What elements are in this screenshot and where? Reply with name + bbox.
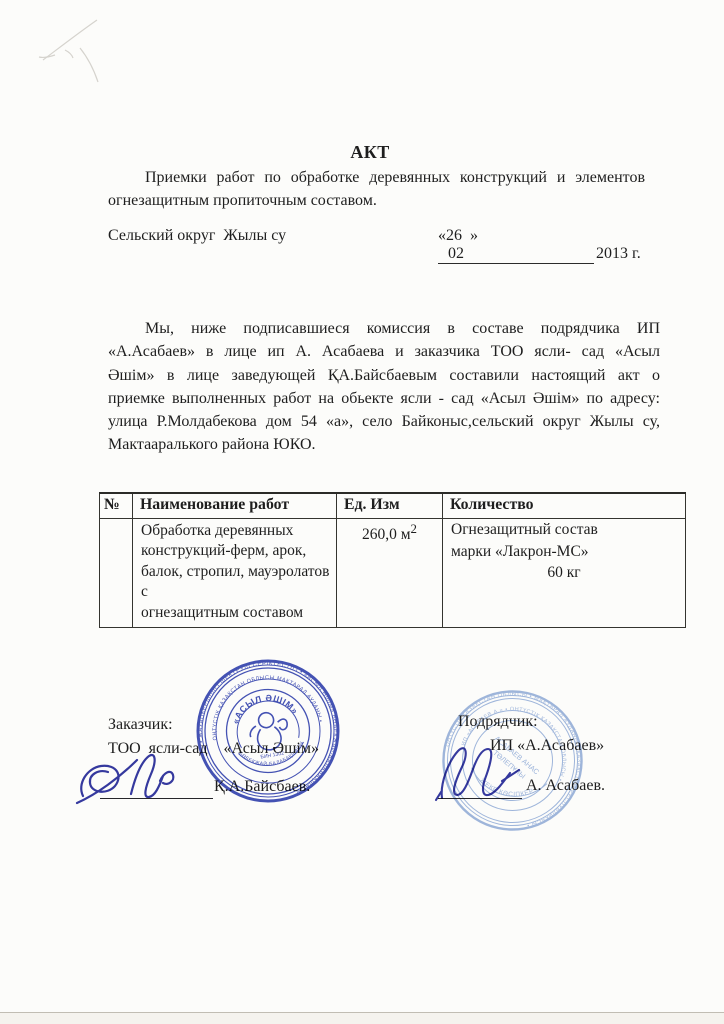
col-header-number: № xyxy=(100,493,133,519)
works-table: № Наименование работ Ед. Изм Количество … xyxy=(99,492,686,628)
date-month-underlined: 02 xyxy=(438,245,594,264)
pencil-scribble-mark xyxy=(25,8,135,88)
body-paragraph: Мы, ниже подписавшиеся комиссия в состав… xyxy=(108,317,660,457)
date-day: «26 » xyxy=(438,227,478,244)
quantity-line: Огнезащитный состав xyxy=(443,519,685,541)
customer-role-label: Заказчик: xyxy=(108,716,173,734)
contractor-signature-ink xyxy=(432,738,524,808)
quantity-line: марки «Лакрон-МС» xyxy=(443,541,685,563)
subtitle-line: огнезащитным пропиточным составом. xyxy=(108,189,645,212)
customer-signature-ink xyxy=(75,746,215,808)
col-header-quantity: Количество xyxy=(443,493,686,519)
customer-round-stamp: • ЖАУАПКЕРШІЛІГІ ШЕКТЕУЛІ СЕРІКТЕСТІГІ •… xyxy=(195,658,341,804)
unit-superscript: 2 xyxy=(411,521,417,536)
document-title: АКТ xyxy=(0,142,724,163)
quantity-line: 60 кг xyxy=(443,562,685,584)
col-header-work-name: Наименование работ xyxy=(133,493,337,519)
work-line: Обработка деревянных xyxy=(141,521,332,541)
work-line: конструкций-ферм, арок, xyxy=(141,541,332,561)
body-line: «А.Асабаев» в лице ип А. Асабаева и зака… xyxy=(108,340,660,363)
body-line: улица Р.Молдабекова дом 54 «а», село Бай… xyxy=(108,410,660,433)
col-header-unit: Ед. Изм xyxy=(337,493,443,519)
document-subtitle: Приемки работ по обработке деревянных ко… xyxy=(108,166,645,212)
body-line: приемке выполненных работ на обьекте ясл… xyxy=(108,387,660,410)
table-row: Обработка деревянных конструкций-ферм, а… xyxy=(100,519,686,628)
body-line: Әшім» в лице заведующей ҚА.Байсбаевым со… xyxy=(108,364,660,387)
date-field: «26 »022013 г. xyxy=(438,227,678,264)
body-line: Мы, ниже подписавшиеся комиссия в состав… xyxy=(108,317,660,340)
subtitle-line: Приемки работ по обработке деревянных ко… xyxy=(108,166,645,189)
cell-unit-measure: 260,0 м2 xyxy=(337,519,443,628)
body-line: Мактааралького района ЮКО. xyxy=(108,433,660,456)
scanned-document-page: АКТ Приемки работ по обработке деревянны… xyxy=(0,0,724,1024)
cell-number xyxy=(100,519,133,628)
table-header-row: № Наименование работ Ед. Изм Количество xyxy=(100,493,686,519)
stamp-org-name: «АСЫЛ ӘШІМ» xyxy=(226,687,301,727)
cell-quantity: Огнезащитный состав марки «Лакрон-МС» 60… xyxy=(443,519,686,628)
scan-paper-edge xyxy=(0,1012,724,1024)
unit-value: 260,0 м xyxy=(362,526,411,543)
work-line: огнезащитным составом xyxy=(141,603,332,623)
date-year: 2013 г. xyxy=(596,245,641,262)
work-line: балок, стропил, мауэролатов с xyxy=(141,562,332,603)
stamp-child-emblem xyxy=(247,709,291,753)
cell-work-description: Обработка деревянных конструкций-ферм, а… xyxy=(133,519,337,628)
place-label: Сельский округ Жылы су xyxy=(108,227,286,245)
